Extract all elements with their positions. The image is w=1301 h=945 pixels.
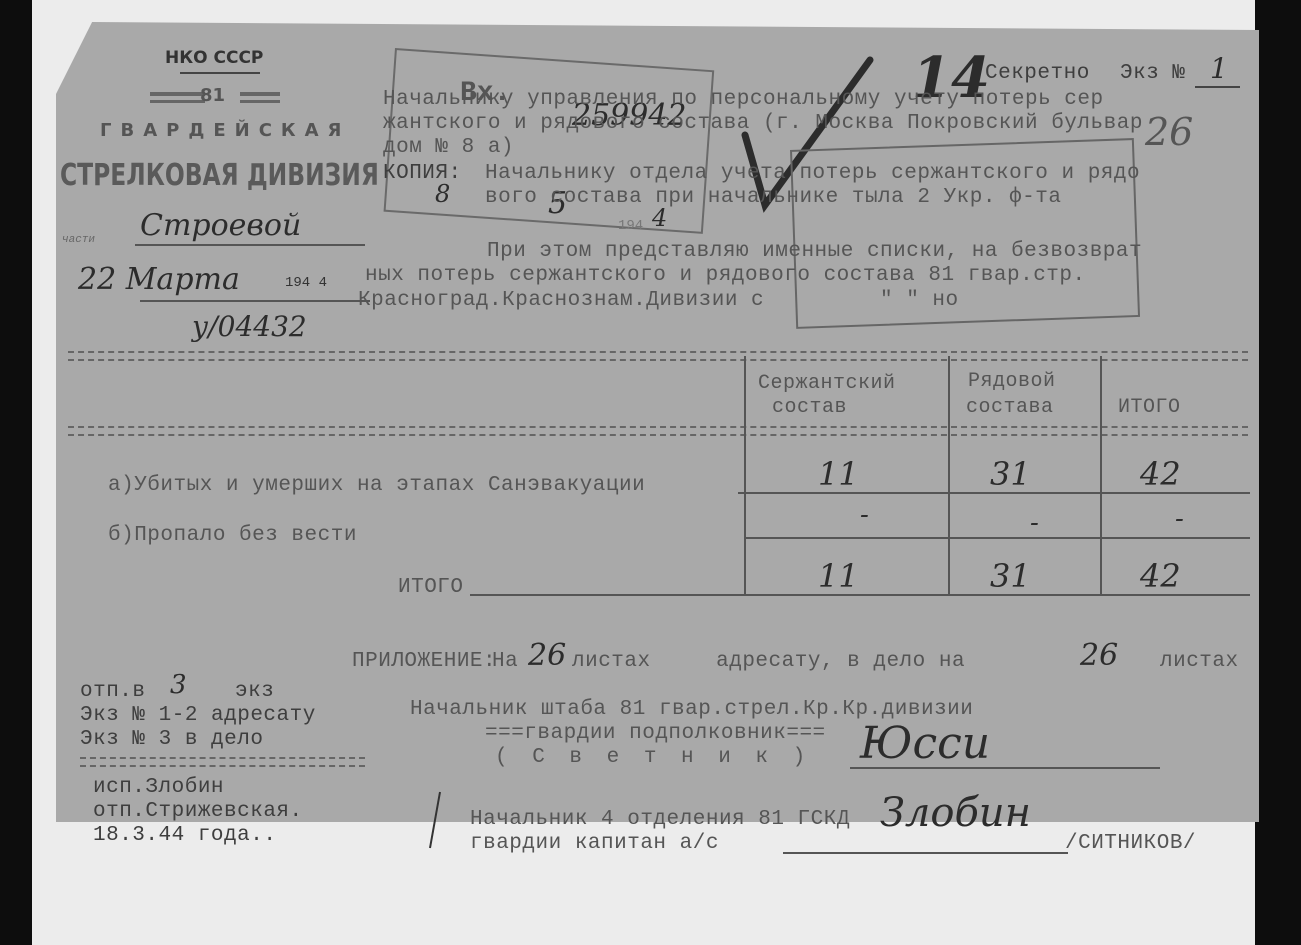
letterhead-underline <box>180 72 260 74</box>
dist-line1-prefix: отп.в <box>80 680 146 703</box>
body-line3: Красноград.Краснознам.Дивизии с <box>358 289 764 312</box>
date-handwritten: 22 Марта <box>78 262 240 297</box>
row-missing-label: б)Пропало без вести <box>108 524 357 547</box>
appendix-prefix: На <box>492 650 518 673</box>
row-missing-total: - <box>1175 504 1184 534</box>
body-line2: ных потерь сержантского и рядового соста… <box>365 264 1086 287</box>
chief-signature: Юсси <box>860 718 990 769</box>
dept-name: /СИТНИКОВ/ <box>1065 832 1196 855</box>
dist-line3: Экз № 3 в дело <box>80 728 263 751</box>
dist-date: 18.3.44 года.. <box>93 824 276 847</box>
row-killed-private: 31 <box>990 455 1031 493</box>
dist-printed-by: отп.Стрижевская. <box>93 800 303 823</box>
row-missing-private: - <box>1030 508 1039 538</box>
row-total-sergeant: 11 <box>818 557 859 595</box>
handwritten-corner: 26 <box>1145 110 1193 154</box>
copy-number: 1 <box>1210 52 1228 85</box>
copy-number-underline <box>1195 86 1240 88</box>
part-label: части <box>62 234 95 246</box>
appendix-middle: листах адресату, в дело на <box>572 650 965 673</box>
row-killed-sergeant: 11 <box>818 455 859 493</box>
table-col-divider-2 <box>948 356 950 596</box>
letterhead-bar-left-2 <box>150 100 205 103</box>
col-header-private-b: состава <box>966 396 1054 419</box>
copy-to-line2: вого состава при начальнике тыла 2 Укр. … <box>485 186 1062 209</box>
copy-to-label: КОПИЯ: <box>383 162 462 185</box>
dept-signature: Злобин <box>880 790 1031 836</box>
table-col-divider-3 <box>1100 356 1102 596</box>
col-header-total: ИТОГО <box>1118 396 1181 419</box>
outgoing-number: у/04432 <box>192 310 307 343</box>
row-missing-sergeant: - <box>860 500 869 530</box>
dept-title: Начальник 4 отделения 81 ГСКД <box>470 808 850 831</box>
letterhead-bar-left <box>150 92 205 96</box>
year-suffix: 194 4 <box>285 275 327 291</box>
row-killed-label: а)Убитых и умерших на этапах Санэвакуаци… <box>108 474 645 497</box>
part-handwritten: Строевой <box>140 208 301 243</box>
letterhead-bar-right <box>240 92 280 96</box>
letterhead-line2: СТРЕЛКОВАЯ ДИВИЗИЯ <box>60 158 379 193</box>
classification-label: Секретно <box>985 62 1090 85</box>
dist-line2: Экз № 1-2 адресату <box>80 704 316 727</box>
appendix-suffix: листах <box>1160 650 1239 673</box>
dept-signature-line <box>783 852 1068 854</box>
address-line3: дом № 8 а) <box>383 136 514 159</box>
row-total-label: ИТОГО <box>398 576 464 599</box>
part-underline <box>135 244 365 246</box>
copy-to-line1: Начальнику отдела учета потерь сержантск… <box>485 162 1140 185</box>
appendix-sheets-addressee: 26 <box>528 638 566 673</box>
body-line3-end: " " но <box>880 289 959 312</box>
stamp-year: 194 <box>618 218 643 234</box>
dist-separator <box>80 757 365 767</box>
body-line1: При этом представляю именные списки, на … <box>487 240 1142 263</box>
row-total-private: 31 <box>990 557 1031 595</box>
table-col-divider-1 <box>744 356 746 596</box>
address-line1: Начальнику управления по персональному у… <box>383 88 1104 111</box>
dist-line1-suffix: экз <box>235 680 274 703</box>
table-top-rule <box>68 351 1248 361</box>
row-total-rule <box>470 594 1250 596</box>
address-line2: жантского и рядового состава (г. Москва … <box>383 112 1143 135</box>
dept-rank: гвардии капитан а/с <box>470 832 719 855</box>
col-header-sergeant-b: состав <box>772 396 847 419</box>
letterhead-line1: ГВАРДЕЙСКАЯ <box>100 120 350 141</box>
table-header-rule <box>68 426 1248 436</box>
dist-line1-hand: 3 <box>170 670 187 700</box>
date-underline <box>140 300 370 302</box>
row-total-total: 42 <box>1140 557 1181 595</box>
chief-signature-line <box>850 767 1160 769</box>
copy-label: Экз № <box>1120 62 1186 85</box>
appendix-label: ПРИЛОЖЕНИЕ: <box>352 650 496 673</box>
letterhead-number: 81 <box>200 85 225 106</box>
chief-rank: ===гвардии подполковник=== <box>485 722 826 745</box>
chief-name: ( С в е т н и к ) <box>495 746 811 769</box>
letterhead-org: НКО СССР <box>165 48 263 68</box>
appendix-sheets-file: 26 <box>1080 638 1118 673</box>
col-header-private-a: Рядовой <box>968 370 1056 393</box>
row-missing-rule <box>744 537 1250 539</box>
slash-mark-icon <box>425 790 445 850</box>
dist-executor: исп.Злобин <box>93 776 224 799</box>
row-killed-total: 42 <box>1140 455 1181 493</box>
letterhead-bar-right-2 <box>240 100 280 103</box>
col-header-sergeant-a: Сержантский <box>758 372 896 395</box>
